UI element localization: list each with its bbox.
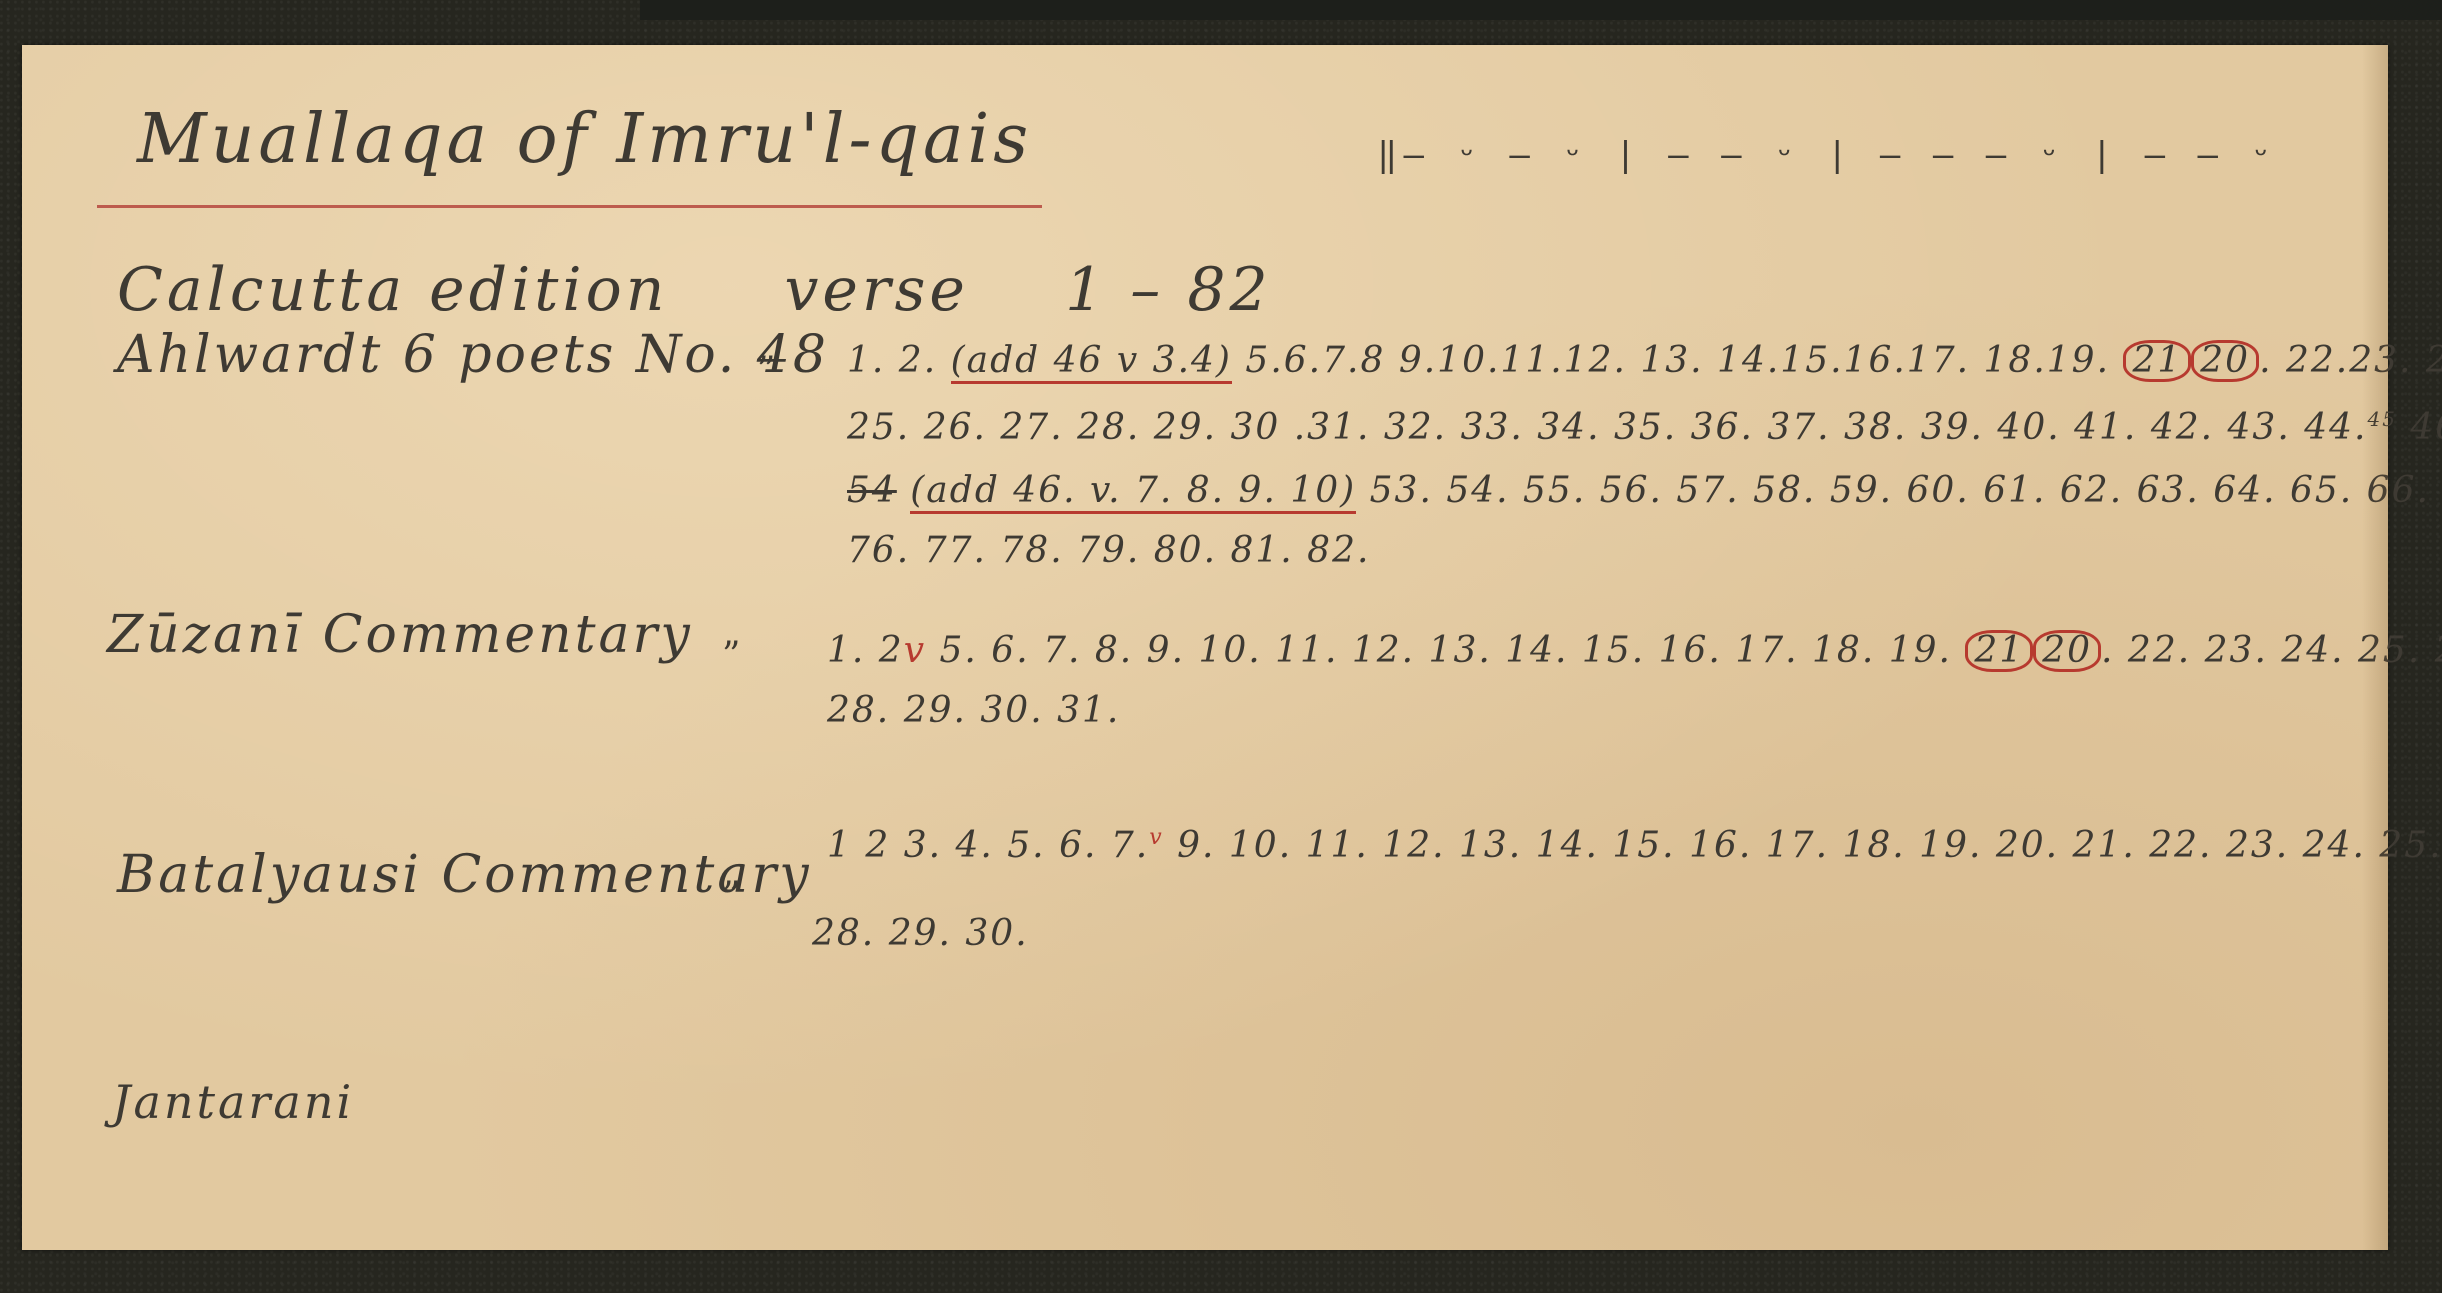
verse-numbers: 28. 29. 30. bbox=[812, 913, 1029, 954]
source-label-batalyausi: Batalyausi Commentary bbox=[117, 845, 812, 905]
addition-note: (add 46. v. 7. 8. 9. 10) bbox=[910, 470, 1356, 514]
ditto-mark: ” bbox=[722, 635, 741, 676]
insertion-mark: v bbox=[1149, 825, 1163, 850]
verse-numbers: 76. 77. 78. 79. 80. 81. 82. bbox=[847, 530, 1370, 571]
batalyausi-line-2: 28. 29. 30. bbox=[812, 913, 1029, 954]
title-red-underline bbox=[97, 205, 1042, 208]
circled-verse-20: 20 bbox=[2191, 340, 2259, 382]
ahlwardt-line-3: 54 (add 46. v. 7. 8. 9. 10) 53. 54. 55. … bbox=[847, 470, 2442, 514]
verse-numbers: 53. 54. 55. 56. 57. 58. 59. 60. 61. 62. … bbox=[1370, 470, 2442, 511]
ahlwardt-line-1: 1. 2. (add 46 v 3.4) 5.6.7.8 9.10.11.12.… bbox=[847, 340, 2442, 384]
scan-background-strip bbox=[640, 0, 2442, 20]
ditto-mark: ” bbox=[722, 875, 741, 916]
verse-label: verse bbox=[785, 255, 969, 325]
edition-subtitle: Calcutta edition verse 1 – 82 bbox=[117, 255, 1272, 325]
verse-numbers: 9. 10. 11. 12. 13. 14. 15. 16. 17. 18. 1… bbox=[1177, 825, 2442, 866]
verse-numbers: 5.6.7.8 9.10.11.12. 13. 14.15.16.17. 18.… bbox=[1245, 340, 2110, 381]
source-label-zuzani: Zūzanī Commentary bbox=[107, 605, 693, 665]
circled-verse-20: 20 bbox=[2033, 630, 2101, 672]
verse-numbers: . 22.23. 24 . bbox=[2259, 340, 2442, 381]
manuscript-card: Muallaqa of Imru'l-qais ‖– ᵕ – ᵕ | – – ᵕ… bbox=[22, 45, 2388, 1250]
circled-verse-21: 21 bbox=[2123, 340, 2191, 382]
verse-numbers: 46. 47. 48. bbox=[2410, 407, 2442, 448]
verse-range: 1 – 82 bbox=[1065, 255, 1272, 325]
verse-numbers: 25. 26. 27. 28. 29. 30 .31. 32. 33. 34. … bbox=[847, 407, 2367, 448]
source-label-ahlwardt: Ahlwardt 6 poets No. 48 bbox=[117, 325, 829, 385]
verse-numbers: 1 2 3. 4. 5. 6. 7. bbox=[827, 825, 1149, 866]
source-label-jantarani: Jantarani bbox=[112, 1075, 354, 1129]
zuzani-line-1: 1. 2v 5. 6. 7. 8. 9. 10. 11. 12. 13. 14.… bbox=[827, 630, 2442, 672]
meter-notation: ‖– ᵕ – ᵕ | – – ᵕ | – – – ᵕ | – – ᵕ bbox=[1377, 135, 2277, 175]
zuzani-line-2: 28. 29. 30. 31. bbox=[827, 690, 1120, 731]
verse-numbers: 1. 2 bbox=[827, 630, 904, 671]
ahlwardt-line-2: 25. 26. 27. 28. 29. 30 .31. 32. 33. 34. … bbox=[847, 407, 2442, 448]
ahlwardt-line-4: 76. 77. 78. 79. 80. 81. 82. bbox=[847, 530, 1370, 571]
verse-numbers: 28. 29. 30. 31. bbox=[827, 690, 1120, 731]
insertion-mark: v bbox=[904, 630, 926, 671]
circled-verse-21: 21 bbox=[1965, 630, 2033, 672]
verse-numbers: . 22. 23. 24. 25. 26. 27. bbox=[2101, 630, 2442, 671]
struck-verse: 54 bbox=[847, 470, 897, 511]
edition-name: Calcutta edition bbox=[117, 255, 668, 325]
ditto-mark: ” bbox=[757, 350, 776, 391]
batalyausi-line-1: 1 2 3. 4. 5. 6. 7.v 9. 10. 11. 12. 13. 1… bbox=[827, 825, 2442, 866]
document-title: Muallaqa of Imru'l-qais bbox=[137, 100, 1032, 179]
addition-note: (add 46 v 3.4) bbox=[951, 340, 1232, 384]
verse-numbers: 5. 6. 7. 8. 9. 10. 11. 12. 13. 14. 15. 1… bbox=[940, 630, 1952, 671]
verse-numbers: 1. 2. bbox=[847, 340, 937, 381]
superscript-correction: 45 bbox=[2367, 407, 2396, 431]
